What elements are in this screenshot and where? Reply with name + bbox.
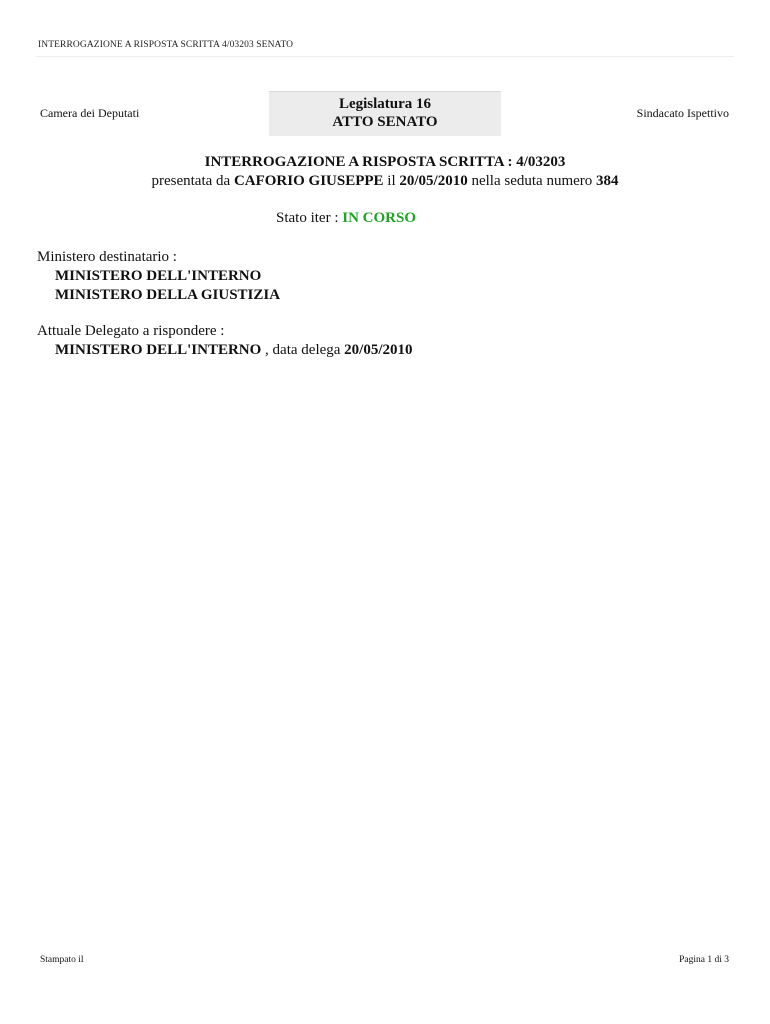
footer-printed: Stampato il — [40, 955, 84, 965]
session-number: 384 — [596, 173, 619, 189]
presenter-name: CAFORIO GIUSEPPE — [234, 173, 384, 189]
legislature-box: Legislatura 16 ATTO SENATO — [269, 91, 501, 136]
legislature-label: Legislatura 16 — [269, 95, 501, 113]
header-divider — [36, 56, 734, 57]
status-label: Stato iter : — [276, 210, 339, 226]
date-prefix: il — [387, 173, 395, 189]
document-heading: INTERROGAZIONE A RISPOSTA SCRITTA : 4/03… — [0, 153, 770, 172]
delegate-date-prefix: , data delega — [265, 342, 340, 358]
session-prefix: nella seduta numero — [471, 173, 592, 189]
presentation-line: presentata da CAFORIO GIUSEPPE il 20/05/… — [0, 172, 770, 191]
footer-page-number: Pagina 1 di 3 — [679, 955, 729, 965]
act-type-label: ATTO SENATO — [269, 113, 501, 131]
running-header: INTERROGAZIONE A RISPOSTA SCRITTA 4/0320… — [38, 40, 293, 50]
presentation-date: 20/05/2010 — [399, 173, 467, 189]
document-title: INTERROGAZIONE A RISPOSTA SCRITTA : 4/03… — [0, 153, 770, 191]
delegate-section: Attuale Delegato a rispondere : MINISTER… — [37, 322, 413, 360]
ministry-item: MINISTERO DELLA GIUSTIZIA — [37, 286, 280, 305]
ministries-label: Ministero destinatario : — [37, 248, 280, 267]
status-badge: IN CORSO — [342, 210, 416, 226]
masthead-right: Sindacato Ispettivo — [637, 106, 729, 121]
delegate-date: 20/05/2010 — [344, 342, 412, 358]
delegate-label: Attuale Delegato a rispondere : — [37, 322, 413, 341]
delegate-line: MINISTERO DELL'INTERNO , data delega 20/… — [37, 341, 413, 360]
ministries-section: Ministero destinatario : MINISTERO DELL'… — [37, 248, 280, 305]
masthead-left: Camera dei Deputati — [40, 106, 139, 121]
status-line: Stato iter : IN CORSO — [276, 210, 416, 227]
ministry-item: MINISTERO DELL'INTERNO — [37, 267, 280, 286]
presented-prefix: presentata da — [151, 173, 230, 189]
delegate-ministry: MINISTERO DELL'INTERNO — [55, 342, 261, 358]
